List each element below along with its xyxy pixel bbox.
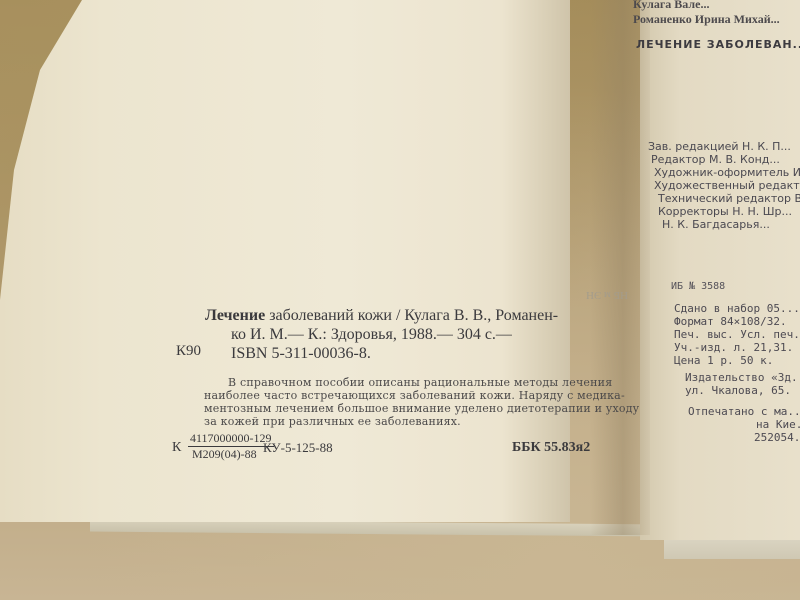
publisher-line: ул. Чкалова, 65.	[685, 384, 800, 397]
printer-line: Отпечатано с ма...	[688, 405, 800, 418]
printer: Отпечатано с ма... на Кие... 252054.	[688, 405, 800, 444]
biblio-line-1: Лечение заболеваний кожи / Кулага В. В.,…	[205, 306, 558, 325]
printer-line: на Кие...	[688, 418, 800, 431]
biblio-line-2: ко И. М.— К.: Здоровья, 1988.— 304 с.—	[205, 325, 558, 344]
print-details: Сдано в набор 05... Формат 84×108/32. Пе…	[674, 302, 800, 367]
ku-code: КУ-5-125-88	[263, 440, 333, 456]
bbk-code: ББК 55.83я2	[512, 440, 590, 456]
abstract-line: наиболее часто встречающихся заболеваний…	[204, 389, 639, 402]
author-line: Романенко Ирина Михай...	[633, 12, 780, 27]
print-line: Формат 84×108/32.	[674, 315, 800, 328]
abstract-line: за кожей при различных ее заболеваниях.	[204, 415, 639, 428]
staff-line: Н. К. Багдасарья...	[648, 218, 800, 231]
print-line: Уч.-изд. л. 21,31.	[674, 341, 800, 354]
bibliographic-entry: Лечение заболеваний кожи / Кулага В. В.,…	[205, 306, 558, 363]
staff-line: Технический редактор В...	[648, 192, 800, 205]
book-title: ЛЕЧЕНИЕ ЗАБОЛЕВАН...	[636, 38, 800, 51]
catalog-code: К90	[176, 343, 201, 360]
fraction-numerator: 4117000000-129	[188, 431, 274, 447]
staff-line: Художник-оформитель И...	[648, 166, 800, 179]
book-gutter	[590, 0, 650, 535]
biblio-line-1-rest: заболеваний кожи / Кулага В. В., Романен…	[265, 307, 558, 324]
abstract: В справочном пособии описаны рациональны…	[204, 376, 639, 428]
editorial-staff: Зав. редакцией Н. К. П... Редактор М. В.…	[648, 140, 800, 231]
staff-line: Зав. редакцией Н. К. П...	[648, 140, 800, 153]
right-page	[640, 0, 800, 540]
abstract-line: В справочном пособии описаны рациональны…	[204, 376, 639, 389]
abstract-line: ментозным лечением большое внимание удел…	[204, 402, 639, 415]
authors: Кулага Вале... Романенко Ирина Михай...	[633, 0, 780, 27]
isbn: ISBN 5-311-00036-8.	[205, 344, 558, 363]
ib-number: ИБ № 3588	[671, 281, 725, 292]
staff-line: Редактор М. В. Конд...	[648, 153, 800, 166]
printer-line: 252054.	[688, 431, 800, 444]
classification-fraction: 4117000000-129 М209(04)-88	[188, 431, 274, 462]
show-through-text: НБ м ЭН	[586, 289, 628, 301]
classification-prefix: К	[172, 440, 181, 456]
staff-line: Художественный редакто...	[648, 179, 800, 192]
staff-line: Корректоры Н. Н. Шр...	[648, 205, 800, 218]
author-line: Кулага Вале...	[633, 0, 780, 12]
publisher-line: Издательство «Зд...	[685, 371, 800, 384]
fraction-denominator: М209(04)-88	[188, 447, 274, 462]
book-title-bold: Лечение	[205, 307, 265, 324]
print-line: Сдано в набор 05...	[674, 302, 800, 315]
publisher: Издательство «Зд... ул. Чкалова, 65.	[685, 371, 800, 397]
print-line: Цена 1 р. 50 к.	[674, 354, 800, 367]
print-line: Печ. выс. Усл. печ...	[674, 328, 800, 341]
